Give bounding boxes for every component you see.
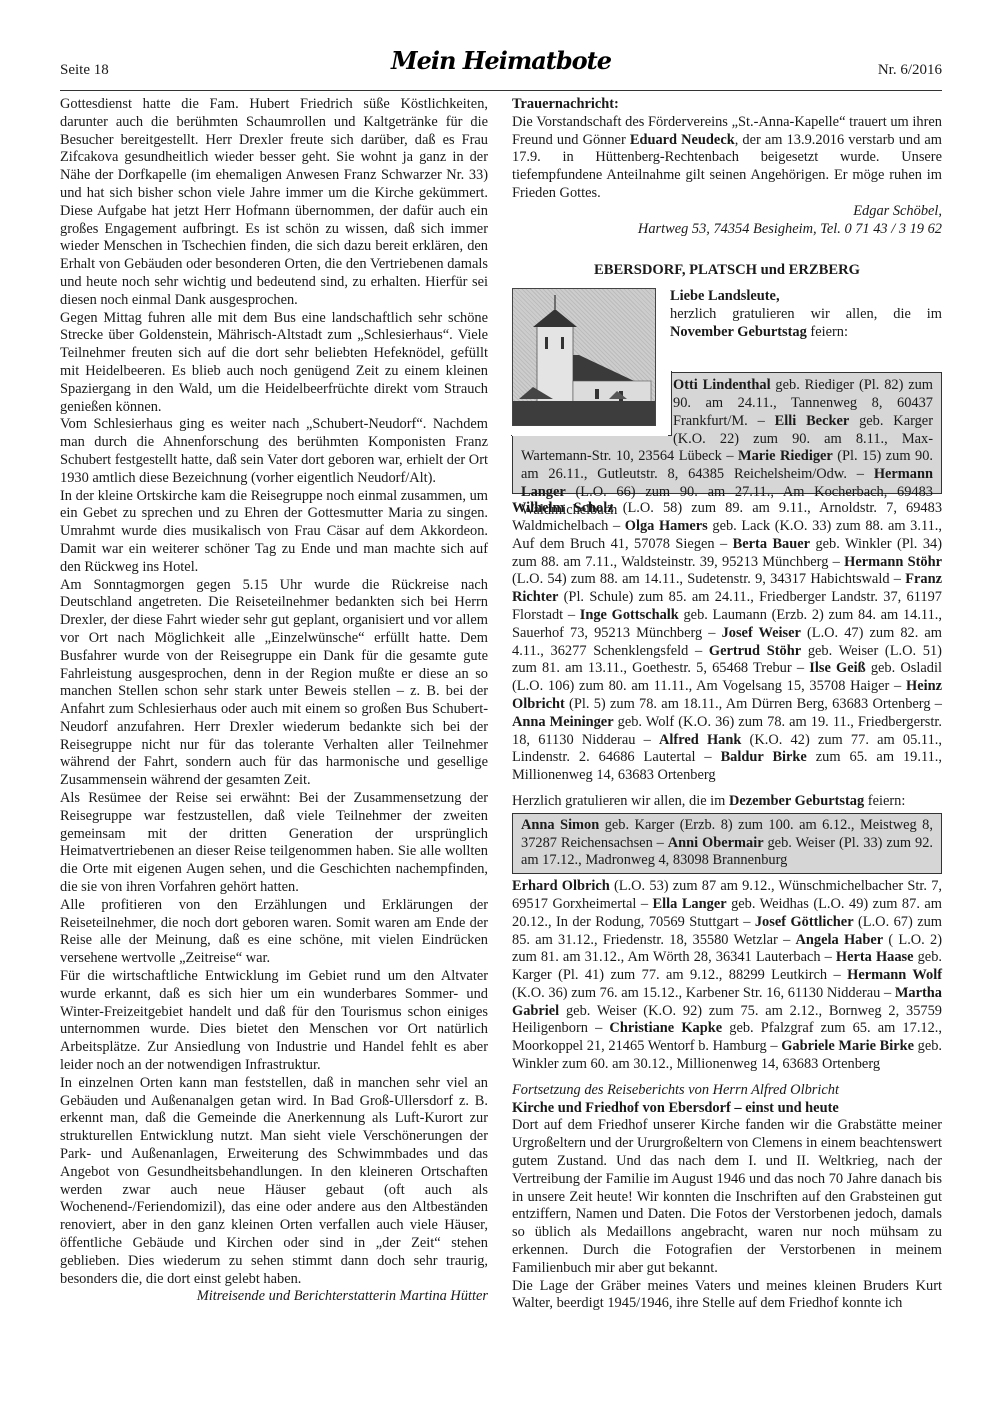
- paragraph: In der kleine Ortskirche kam die Reisegr…: [60, 488, 488, 577]
- church-photo: [512, 288, 656, 426]
- obituary-signature-name: Edgar Schöbel,: [512, 203, 942, 221]
- person-details: (L.O. 66) zum 90. am 27.11., Am Kocherba…: [521, 484, 933, 518]
- left-column: Gottesdienst hatte die Fam. Hubert Fried…: [60, 96, 488, 1306]
- month-label: November Geburtstag: [670, 324, 807, 340]
- paragraph: Als Resümee der Reise sei erwähnt: Bei d…: [60, 790, 488, 897]
- person-name: Anna Simon: [521, 817, 599, 833]
- december-intro: Herzlich gratulieren wir allen, die im D…: [512, 793, 942, 811]
- person-name: Gertrud Stöhr: [709, 643, 801, 659]
- birthday-intro: Liebe Landsleute, herzlich gratulieren w…: [670, 288, 942, 341]
- page-number: Seite 18: [60, 62, 109, 79]
- report-title: Kirche und Friedhof von Ebersdorf – eins…: [512, 1100, 942, 1118]
- paragraph: Gegen Mittag fuhren alle mit dem Bus ein…: [60, 310, 488, 417]
- person-name: Gabriele Marie Birke: [781, 1038, 914, 1054]
- person-name: Olga Hamers: [625, 518, 708, 534]
- person-name: Christiane Kapke: [609, 1020, 722, 1036]
- text: feiern:: [864, 793, 905, 809]
- person-details: (Pl. 5) zum 78. am 18.11., Am Dürren Ber…: [565, 696, 942, 712]
- author-signature: Mitreisende und Berichterstatterin Marti…: [60, 1288, 488, 1306]
- person-name: Herta Haase: [836, 949, 914, 965]
- text: herzlich gratulieren wir allen, die im: [670, 306, 942, 322]
- person-name: Berta Bauer: [733, 536, 810, 552]
- paragraph: In einzelnen Orten kann man feststellen,…: [60, 1075, 488, 1289]
- person-name: Baldur Birke: [721, 749, 807, 765]
- person-name: Inge Gottschalk: [580, 607, 679, 623]
- deceased-name: Eduard Neudeck: [630, 132, 735, 148]
- paragraph: Die Lage der Gräber meines Vaters und me…: [512, 1278, 942, 1314]
- paragraph: Am Sonntagmorgen gegen 5.15 Uhr wurde di…: [60, 577, 488, 791]
- paragraph: Für die wirtschaftliche Entwicklung im G…: [60, 968, 488, 1075]
- person-name: Hermann Stöhr: [844, 554, 942, 570]
- december-highlight-box: Anna Simon geb. Karger (Erzb. 8) zum 100…: [512, 813, 942, 874]
- person-name: Alfred Hank: [659, 732, 741, 748]
- person-name: Elli Becker: [775, 413, 850, 429]
- person-name: Anna Meininger: [512, 714, 614, 730]
- person-name: Ilse Geiß: [809, 660, 865, 676]
- december-birthday-list: Erhard Olbrich (L.O. 53) zum 87 am 9.12.…: [512, 878, 942, 1074]
- greeting: Liebe Landsleute,: [670, 288, 942, 306]
- person-name: Josef Göttlicher: [755, 914, 854, 930]
- november-intro: herzlich gratulieren wir allen, die im N…: [670, 306, 942, 342]
- person-details: (K.O. 36) zum 76. am 15.12., Karbener St…: [512, 985, 895, 1001]
- person-name: Otti Lindenthal: [673, 377, 771, 393]
- person-name: Anni Obermair: [668, 835, 764, 851]
- page-header: Seite 18 Mein Heimatbote Nr. 6/2016: [60, 50, 942, 91]
- person-name: Erhard Olbrich: [512, 878, 610, 894]
- obituary-heading: Trauernachricht:: [512, 96, 942, 114]
- right-column: Trauernachricht: Die Vorstandschaft des …: [512, 96, 942, 1313]
- person-details: (L.O. 54) zum 88. am 14.11., Sudetenstr.…: [512, 571, 905, 587]
- person-name: Angela Haber: [796, 932, 884, 948]
- month-label: Dezember Geburtstag: [729, 793, 864, 809]
- paragraph: Dort auf dem Friedhof unserer Kirche fan…: [512, 1117, 942, 1277]
- text: feiern:: [807, 324, 848, 340]
- paragraph: Alle profitieren von den Erzählungen und…: [60, 897, 488, 968]
- paragraph: Vom Schlesierhaus ging es weiter nach „S…: [60, 416, 488, 487]
- november-birthdays: Otti Lindenthal geb. Riediger (Pl. 82) z…: [512, 288, 942, 500]
- person-name: Ella Langer: [653, 896, 727, 912]
- obituary-signature-address: Hartweg 53, 74354 Besigheim, Tel. 0 71 4…: [512, 221, 942, 239]
- person-name: Josef Weiser: [722, 625, 801, 641]
- person-name: Hermann Wolf: [847, 967, 942, 983]
- person-name: Marie Riediger: [738, 448, 833, 464]
- text: Herzlich gratulieren wir allen, die im: [512, 793, 729, 809]
- report-kicker: Fortsetzung des Reiseberichts von Herrn …: [512, 1082, 942, 1100]
- masthead-logo: Mein Heimatbote: [391, 46, 611, 75]
- november-birthday-list: Wilhelm Scholz (L.O. 58) zum 89. am 9.11…: [512, 500, 942, 785]
- section-title: EBERSDORF, PLATSCH und ERZBERG: [512, 262, 942, 280]
- obituary-text: Die Vorstandschaft des Fördervereins „St…: [512, 114, 942, 203]
- issue-number: Nr. 6/2016: [878, 62, 942, 79]
- paragraph: Gottesdienst hatte die Fam. Hubert Fried…: [60, 96, 488, 310]
